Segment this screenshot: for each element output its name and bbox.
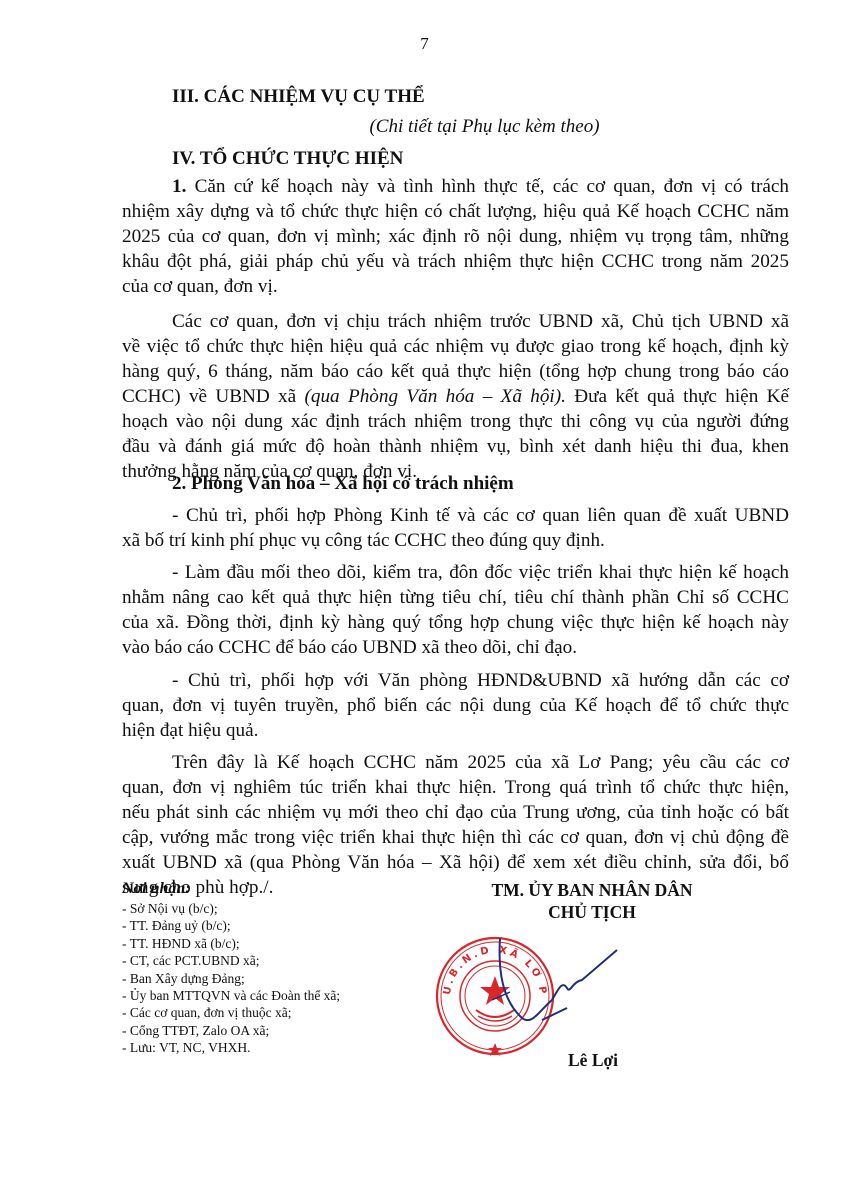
recipients-title: Nơi nhận: [122, 880, 191, 898]
para-2-line: CCHC) về UBND xã (qua Phòng Văn hóa – Xã… [122, 386, 789, 408]
closing-line: nếu phát sinh các nhiệm vụ mới theo chỉ … [122, 802, 789, 824]
item-1-line: 1. Căn cứ kế hoạch này và tình hình thực… [172, 176, 789, 198]
recipient-item: - CT, các PCT.UBND xã; [122, 953, 259, 969]
closing-line: Trên đây là Kế hoạch CCHC năm 2025 của x… [172, 752, 789, 774]
para-2-line: hàng quý, 6 tháng, năm báo cáo kết quả t… [122, 361, 789, 383]
recipient-item: - Sở Nội vụ (b/c); [122, 901, 218, 917]
item-2-bullet-3-line: - Chủ trì, phối hợp với Văn phòng HĐND&U… [172, 670, 789, 692]
item-2-bullet-1-line: xã bố trí kinh phí phục vụ công tác CCHC… [122, 530, 789, 552]
item-2-heading: 2. Phòng Văn hóa – Xã hội có trách nhiệm [172, 473, 514, 495]
item-2-bullet-3-line: hiện đạt hiệu quả. [122, 720, 789, 742]
section-3-note: (Chi tiết tại Phụ lục kèm theo) [0, 116, 849, 138]
item-2-bullet-1-line: - Chủ trì, phối hợp Phòng Kinh tế và các… [172, 505, 789, 527]
item-1-line: nhiệm xây dựng và tổ chức thực hiện có c… [122, 201, 789, 223]
item-1-number: 1. [172, 176, 186, 197]
signature-title: CHỦ TỊCH [442, 902, 742, 923]
recipient-item: - TT. HĐND xã (b/c); [122, 936, 240, 952]
recipient-item: - TT. Đảng uỷ (b/c); [122, 918, 231, 934]
official-stamp: U.B.N.D XÃ LƠ PANG T.GIA LAI [432, 930, 652, 1075]
para-2-line: về việc tổ chức thực hiện hiệu quả các n… [122, 336, 789, 358]
svg-text:U.B.N.D XÃ LƠ PANG T.GIA LAI: U.B.N.D XÃ LƠ PANG T.GIA LAI [432, 930, 548, 996]
item-2-bullet-2-line: nhằm nâng cao kết quả thực hiện từng tiê… [122, 587, 789, 609]
para-2-line: đầu và đánh giá mức độ hoàn thành nhiệm … [122, 436, 789, 458]
signer-name: Lê Lợi [568, 1050, 618, 1071]
section-3-heading: III. CÁC NHIỆM VỤ CỤ THỂ [172, 86, 425, 108]
closing-line: xuất UBND xã (qua Phòng Văn hóa – Xã hội… [122, 852, 789, 874]
item-1-line: 2025 của cơ quan, đơn vị mình; xác định … [122, 226, 789, 248]
recipient-item: - Ban Xây dựng Đảng; [122, 971, 245, 987]
page-number: 7 [0, 34, 849, 54]
recipient-item: - Ủy ban MTTQVN và các Đoàn thể xã; [122, 988, 340, 1004]
closing-line: quan, đơn vị nghiêm túc triển khai thực … [122, 777, 789, 799]
item-2-bullet-2-line: của xã. Đồng thời, định kỳ hàng quý tổng… [122, 612, 789, 634]
item-2-bullet-3-line: quan, đơn vị tuyên truyền, phổ biến các … [122, 695, 789, 717]
stamp-seal-icon: U.B.N.D XÃ LƠ PANG T.GIA LAI [432, 930, 652, 1070]
item-1-line: của cơ quan, đơn vị. [122, 276, 789, 298]
recipient-item: - Lưu: VT, NC, VHXH. [122, 1040, 250, 1056]
item-2-bullet-2-line: - Làm đầu mối theo dõi, kiểm tra, đôn đố… [172, 562, 789, 584]
para-2-line: hoạch vào nội dung xác định trách nhiệm … [122, 411, 789, 433]
item-1-line: khâu đột phá, giải pháp chủ yếu và trách… [122, 251, 789, 273]
item-2-bullet-2-line: vào báo cáo CCHC để báo cáo UBND xã theo… [122, 637, 789, 659]
closing-line: cập, vướng mắc trong việc triển khai thự… [122, 827, 789, 849]
signature-org: TM. ỦY BAN NHÂN DÂN [442, 880, 742, 901]
para-2-line: Các cơ quan, đơn vị chịu trách nhiệm trư… [172, 311, 789, 333]
recipient-item: - Cổng TTĐT, Zalo OA xã; [122, 1023, 269, 1039]
recipient-item: - Các cơ quan, đơn vị thuộc xã; [122, 1005, 291, 1021]
section-4-heading: IV. TỔ CHỨC THỰC HIỆN [172, 148, 403, 170]
